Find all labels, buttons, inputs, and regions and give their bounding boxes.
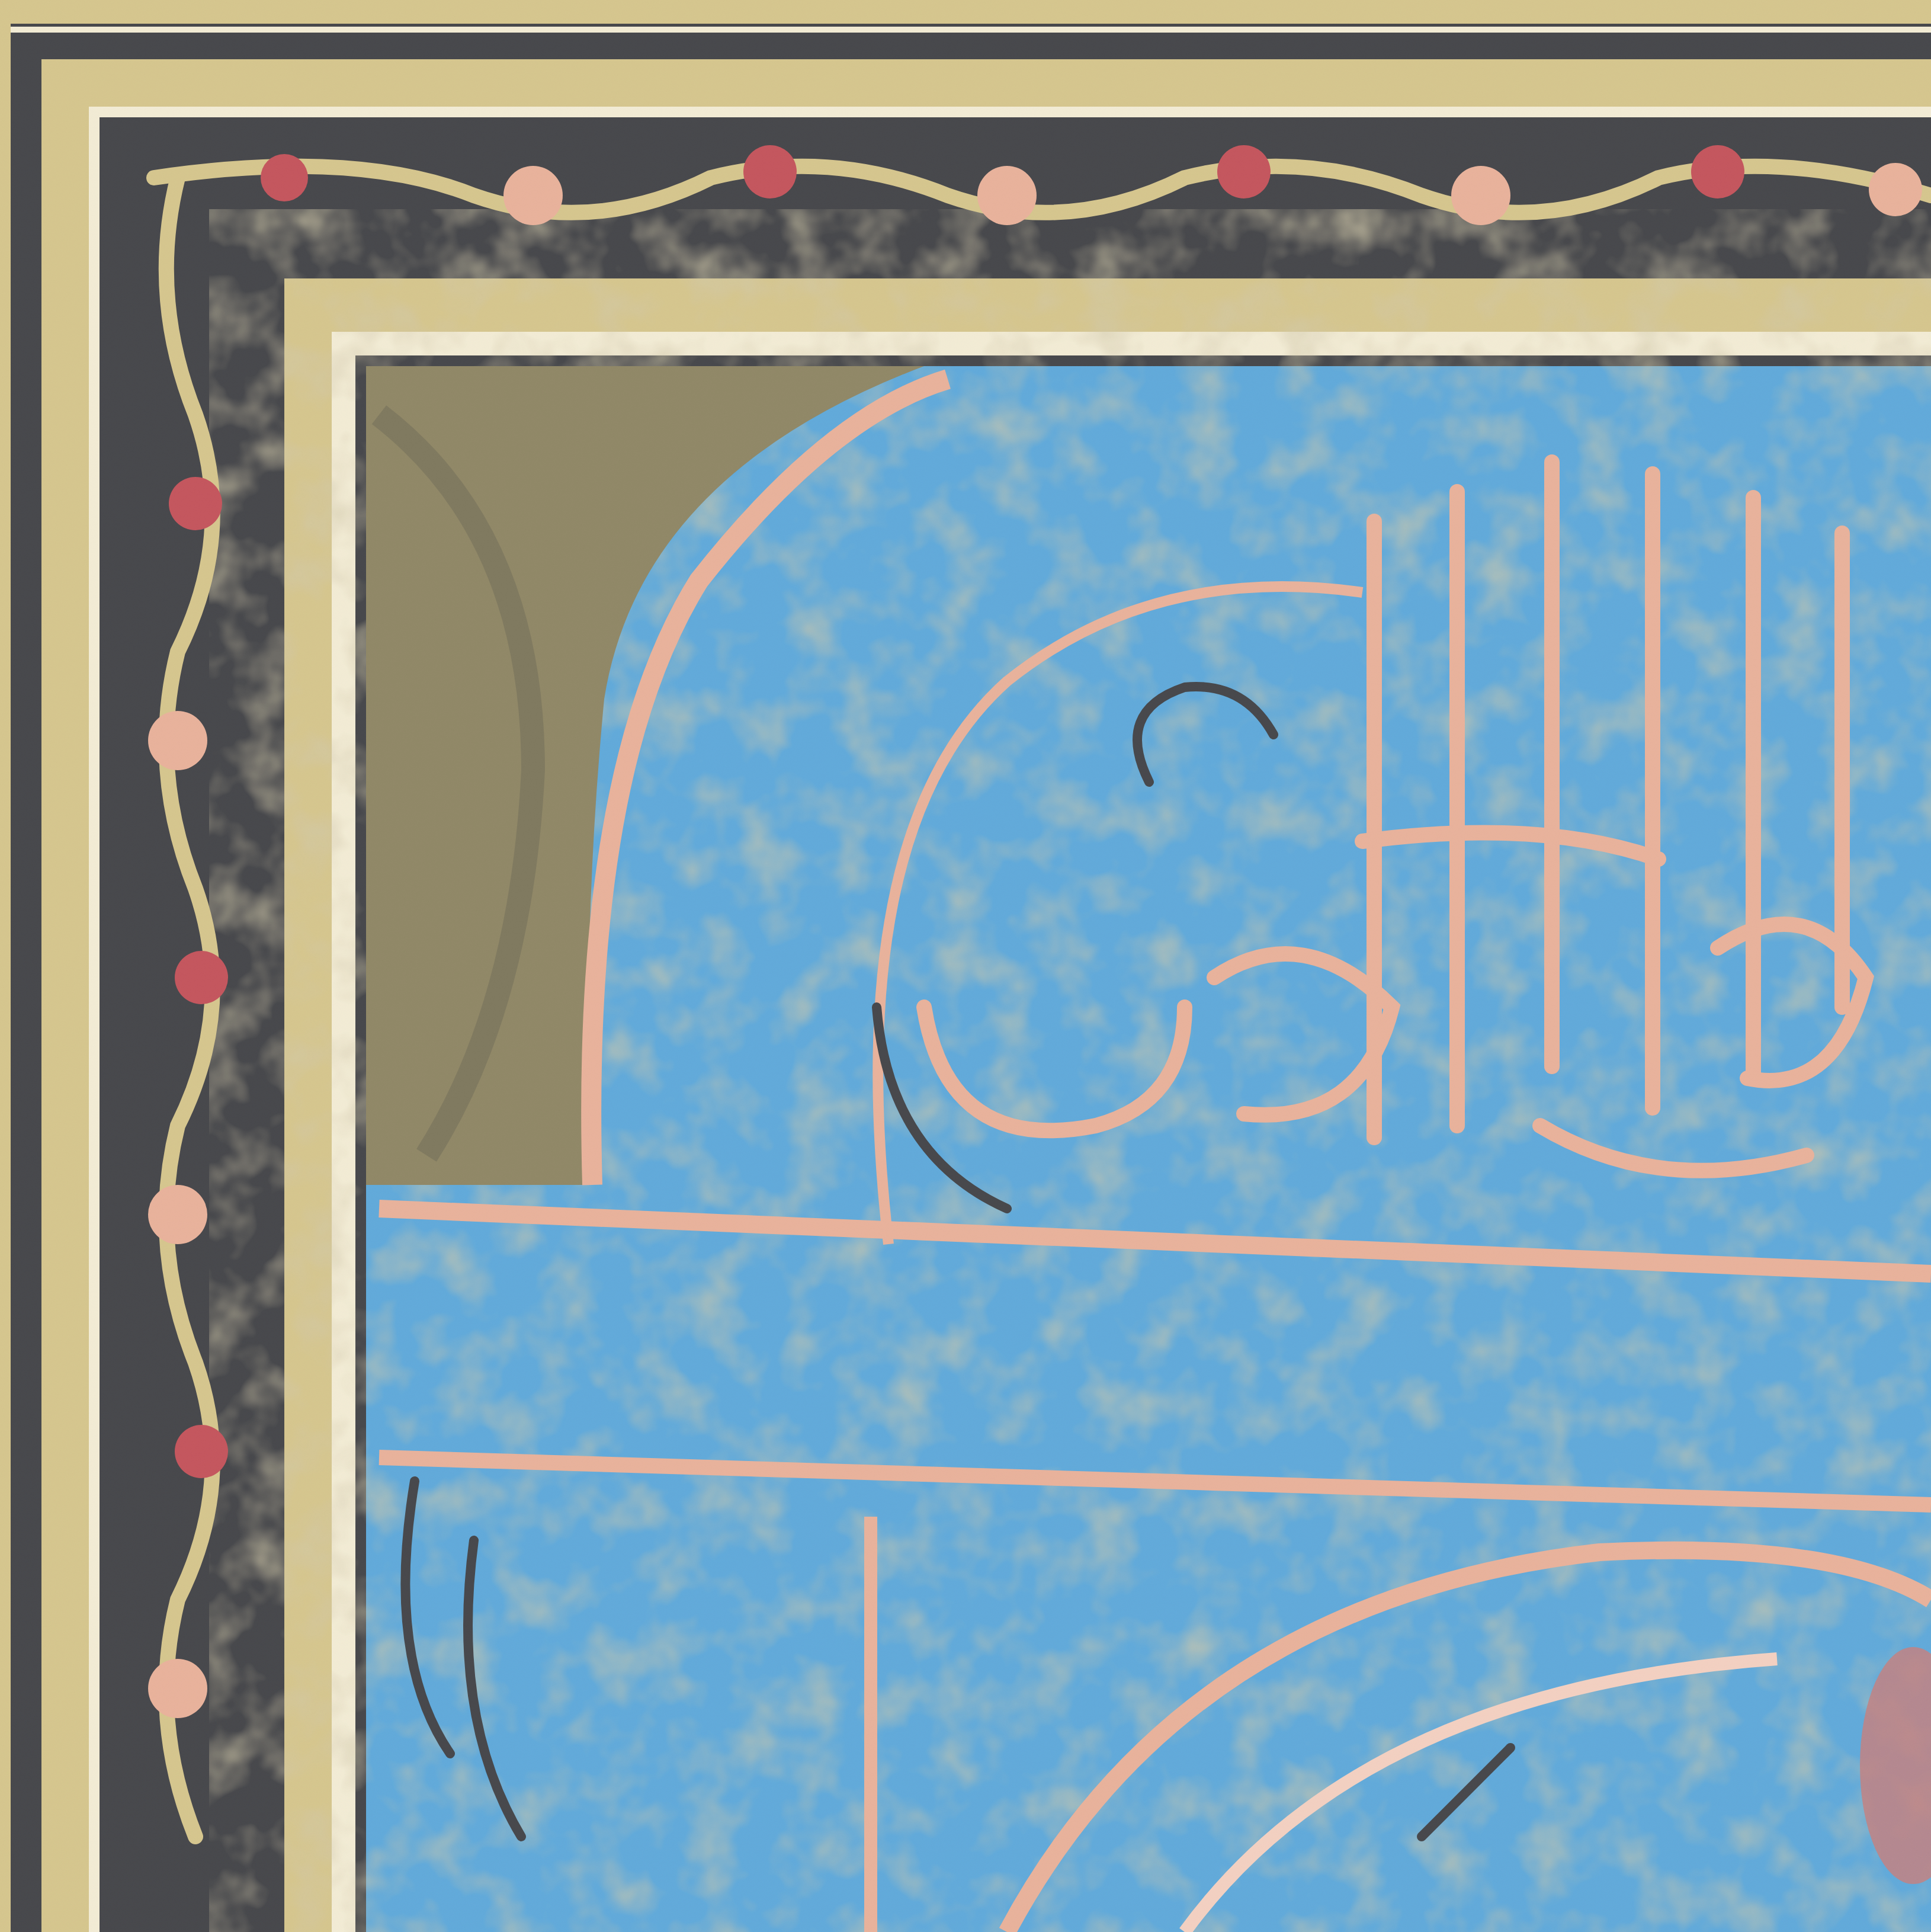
carpet-artwork bbox=[0, 0, 1931, 1932]
carpet-photo bbox=[0, 0, 1931, 1932]
